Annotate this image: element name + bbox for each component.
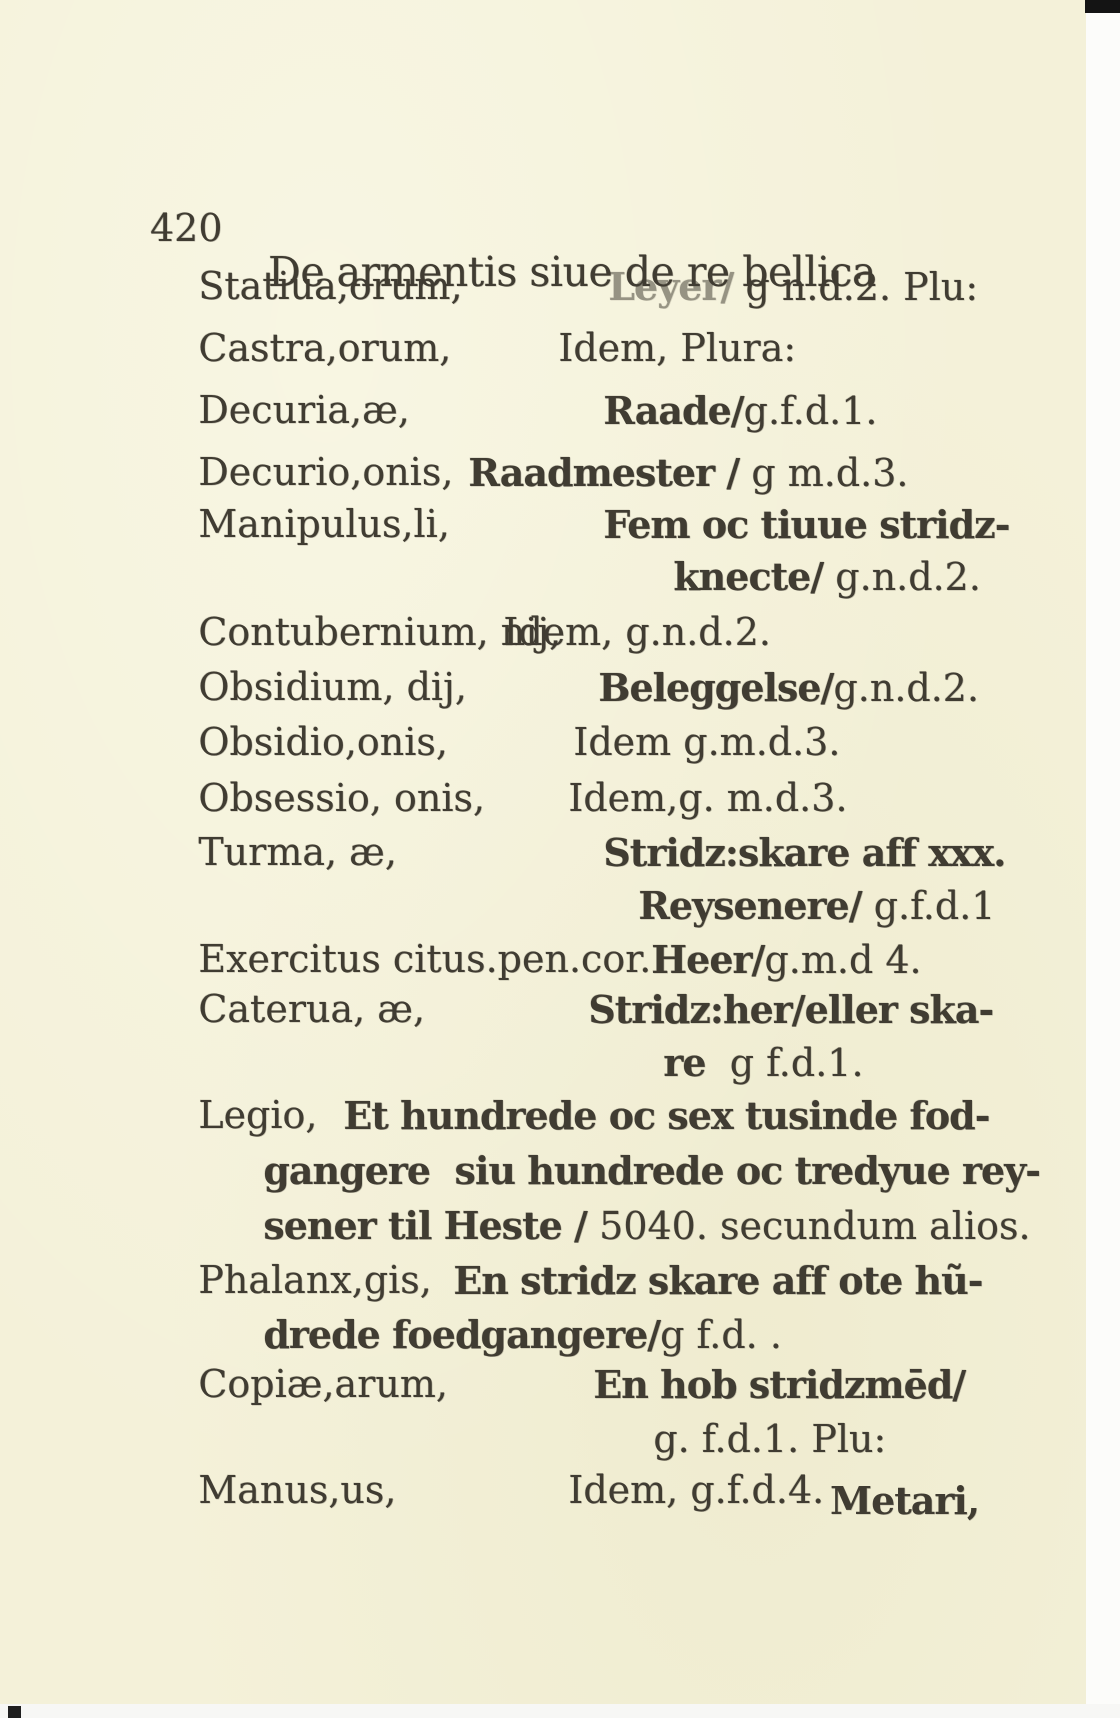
scanned-page: 420 De armentis siue de re bellica Stati… <box>0 0 1087 1705</box>
lemma: Manus,us, <box>198 1470 568 1512</box>
lemma: Manipulus,li, <box>198 504 603 546</box>
scan-margin-bottom <box>0 1704 1120 1718</box>
scan-artifact-topright <box>1085 0 1120 13</box>
scan-margin-right <box>1086 0 1120 1718</box>
lemma: Copiæ,arum, <box>198 1364 593 1406</box>
catchword: Metari, <box>830 1478 979 1523</box>
lemma: Turma, æ, <box>198 832 603 874</box>
lemma: Caterua, æ, <box>198 989 588 1031</box>
scan-artifact-bottomleft <box>8 1706 21 1718</box>
gloss-roman: Idem, g.f.d.4. <box>568 1468 824 1512</box>
